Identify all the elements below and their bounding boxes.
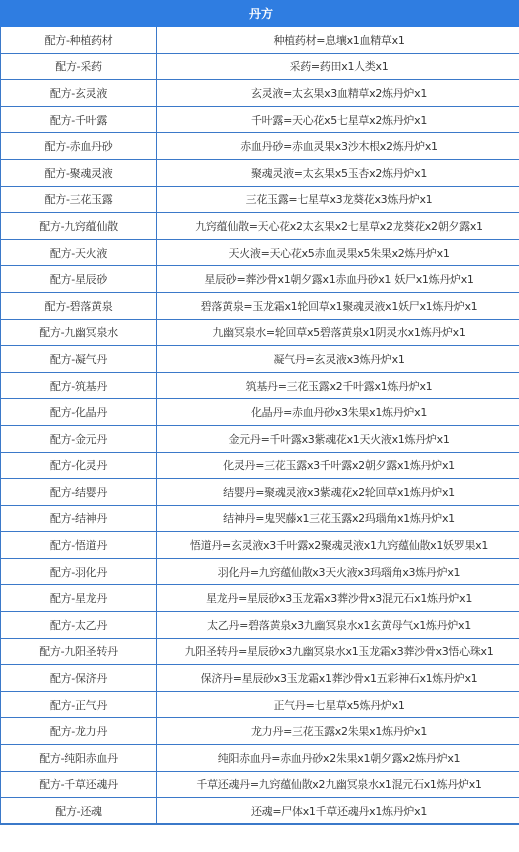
recipe-formula-cell: 纯阳赤血丹=赤血丹砂x2朱果x1朝夕露x2炼丹炉x1 bbox=[157, 745, 519, 772]
recipe-formula-cell: 千草还魂丹=九窍蕴仙散x2九幽冥泉水x1混元石x1炼丹炉x1 bbox=[157, 771, 519, 798]
recipe-name-cell: 配方-天火液 bbox=[1, 239, 157, 266]
recipe-name-cell: 配方-还魂 bbox=[1, 798, 157, 825]
recipe-formula-cell: 九幽冥泉水=轮回草x5碧落黄泉x1阴灵水x1炼丹炉x1 bbox=[157, 319, 519, 346]
recipe-name-cell: 配方-千草还魂丹 bbox=[1, 771, 157, 798]
recipe-name-cell: 配方-正气丹 bbox=[1, 691, 157, 718]
recipe-formula-cell: 天火液=天心花x5赤血灵果x5朱果x2炼丹炉x1 bbox=[157, 239, 519, 266]
table-row: 配方-九阳圣转丹九阳圣转丹=星辰砂x3九幽冥泉水x1玉龙霜x3葬沙骨x3悟心珠x… bbox=[1, 638, 519, 665]
table-row: 配方-金元丹金元丹=千叶露x3紫魂花x1天火液x1炼丹炉x1 bbox=[1, 425, 519, 452]
table-row: 配方-千叶露千叶露=天心花x5七星草x2炼丹炉x1 bbox=[1, 106, 519, 133]
table-row: 配方-玄灵液玄灵液=太玄果x3血精草x2炼丹炉x1 bbox=[1, 80, 519, 107]
table-row: 配方-星辰砂星辰砂=葬沙骨x1朝夕露x1赤血丹砂x1 妖尸x1炼丹炉x1 bbox=[1, 266, 519, 293]
table-row: 配方-龙力丹龙力丹=三花玉露x2朱果x1炼丹炉x1 bbox=[1, 718, 519, 745]
recipe-formula-cell: 保济丹=星辰砂x3玉龙霜x1葬沙骨x1五彩神石x1炼丹炉x1 bbox=[157, 665, 519, 692]
recipe-formula-cell: 化灵丹=三花玉露x3千叶露x2朝夕露x1炼丹炉x1 bbox=[157, 452, 519, 479]
recipe-name-cell: 配方-结婴丹 bbox=[1, 479, 157, 506]
table-row: 配方-结婴丹结婴丹=聚魂灵液x3紫魂花x2轮回草x1炼丹炉x1 bbox=[1, 479, 519, 506]
recipe-name-cell: 配方-化晶丹 bbox=[1, 399, 157, 426]
table-row: 配方-碧落黄泉碧落黄泉=玉龙霜x1轮回草x1聚魂灵液x1妖尸x1炼丹炉x1 bbox=[1, 292, 519, 319]
table-row: 配方-凝气丹凝气丹=玄灵液x3炼丹炉x1 bbox=[1, 346, 519, 373]
recipe-name-cell: 配方-九幽冥泉水 bbox=[1, 319, 157, 346]
recipe-name-cell: 配方-龙力丹 bbox=[1, 718, 157, 745]
table-row: 配方-太乙丹太乙丹=碧落黄泉x3九幽冥泉水x1玄黄母气x1炼丹炉x1 bbox=[1, 612, 519, 639]
recipe-formula-cell: 结神丹=鬼哭藤x1三花玉露x2玛瑙角x1炼丹炉x1 bbox=[157, 505, 519, 532]
recipe-formula-cell: 三花玉露=七星草x3龙葵花x3炼丹炉x1 bbox=[157, 186, 519, 213]
recipe-name-cell: 配方-金元丹 bbox=[1, 425, 157, 452]
recipe-formula-cell: 千叶露=天心花x5七星草x2炼丹炉x1 bbox=[157, 106, 519, 133]
recipe-name-cell: 配方-悟道丹 bbox=[1, 532, 157, 559]
table-header-row: 丹方 bbox=[1, 1, 519, 27]
recipe-table: 丹方 配方-种植药材种植药材=息壤x1血精草x1配方-采药采药=药田x1人类x1… bbox=[0, 0, 519, 825]
recipe-formula-cell: 种植药材=息壤x1血精草x1 bbox=[157, 27, 519, 54]
recipe-formula-cell: 九阳圣转丹=星辰砂x3九幽冥泉水x1玉龙霜x3葬沙骨x3悟心珠x1 bbox=[157, 638, 519, 665]
table-row: 配方-还魂还魂=尸体x1千草还魂丹x1炼丹炉x1 bbox=[1, 798, 519, 825]
recipe-formula-cell: 筑基丹=三花玉露x2千叶露x1炼丹炉x1 bbox=[157, 372, 519, 399]
recipe-name-cell: 配方-赤血丹砂 bbox=[1, 133, 157, 160]
table-row: 配方-聚魂灵液聚魂灵液=太玄果x5玉杏x2炼丹炉x1 bbox=[1, 159, 519, 186]
table-row: 配方-种植药材种植药材=息壤x1血精草x1 bbox=[1, 27, 519, 54]
recipe-formula-cell: 龙力丹=三花玉露x2朱果x1炼丹炉x1 bbox=[157, 718, 519, 745]
table-row: 配方-化灵丹化灵丹=三花玉露x3千叶露x2朝夕露x1炼丹炉x1 bbox=[1, 452, 519, 479]
recipe-name-cell: 配方-三花玉露 bbox=[1, 186, 157, 213]
recipe-formula-cell: 凝气丹=玄灵液x3炼丹炉x1 bbox=[157, 346, 519, 373]
recipe-name-cell: 配方-九阳圣转丹 bbox=[1, 638, 157, 665]
table-row: 配方-正气丹正气丹=七星草x5炼丹炉x1 bbox=[1, 691, 519, 718]
table-title: 丹方 bbox=[1, 1, 519, 27]
recipe-formula-cell: 星辰砂=葬沙骨x1朝夕露x1赤血丹砂x1 妖尸x1炼丹炉x1 bbox=[157, 266, 519, 293]
recipe-formula-cell: 赤血丹砂=赤血灵果x3沙木根x2炼丹炉x1 bbox=[157, 133, 519, 160]
recipe-name-cell: 配方-纯阳赤血丹 bbox=[1, 745, 157, 772]
recipe-formula-cell: 羽化丹=九窍蕴仙散x3天火液x3玛瑙角x3炼丹炉x1 bbox=[157, 558, 519, 585]
recipe-formula-cell: 正气丹=七星草x5炼丹炉x1 bbox=[157, 691, 519, 718]
table-row: 配方-筑基丹筑基丹=三花玉露x2千叶露x1炼丹炉x1 bbox=[1, 372, 519, 399]
recipe-name-cell: 配方-千叶露 bbox=[1, 106, 157, 133]
recipe-formula-cell: 玄灵液=太玄果x3血精草x2炼丹炉x1 bbox=[157, 80, 519, 107]
recipe-formula-cell: 九窍蕴仙散=天心花x2太玄果x2七星草x2龙葵花x2朝夕露x1 bbox=[157, 213, 519, 240]
recipe-name-cell: 配方-羽化丹 bbox=[1, 558, 157, 585]
table-row: 配方-羽化丹羽化丹=九窍蕴仙散x3天火液x3玛瑙角x3炼丹炉x1 bbox=[1, 558, 519, 585]
recipe-formula-cell: 聚魂灵液=太玄果x5玉杏x2炼丹炉x1 bbox=[157, 159, 519, 186]
table-row: 配方-纯阳赤血丹纯阳赤血丹=赤血丹砂x2朱果x1朝夕露x2炼丹炉x1 bbox=[1, 745, 519, 772]
recipe-name-cell: 配方-化灵丹 bbox=[1, 452, 157, 479]
recipe-formula-cell: 太乙丹=碧落黄泉x3九幽冥泉水x1玄黄母气x1炼丹炉x1 bbox=[157, 612, 519, 639]
table-row: 配方-九窍蕴仙散九窍蕴仙散=天心花x2太玄果x2七星草x2龙葵花x2朝夕露x1 bbox=[1, 213, 519, 240]
table-row: 配方-保济丹保济丹=星辰砂x3玉龙霜x1葬沙骨x1五彩神石x1炼丹炉x1 bbox=[1, 665, 519, 692]
recipe-formula-cell: 星龙丹=星辰砂x3玉龙霜x3葬沙骨x3混元石x1炼丹炉x1 bbox=[157, 585, 519, 612]
recipe-formula-cell: 碧落黄泉=玉龙霜x1轮回草x1聚魂灵液x1妖尸x1炼丹炉x1 bbox=[157, 292, 519, 319]
table-row: 配方-星龙丹星龙丹=星辰砂x3玉龙霜x3葬沙骨x3混元石x1炼丹炉x1 bbox=[1, 585, 519, 612]
recipe-name-cell: 配方-种植药材 bbox=[1, 27, 157, 54]
table-row: 配方-三花玉露三花玉露=七星草x3龙葵花x3炼丹炉x1 bbox=[1, 186, 519, 213]
recipe-formula-cell: 还魂=尸体x1千草还魂丹x1炼丹炉x1 bbox=[157, 798, 519, 825]
table-row: 配方-九幽冥泉水九幽冥泉水=轮回草x5碧落黄泉x1阴灵水x1炼丹炉x1 bbox=[1, 319, 519, 346]
table-row: 配方-天火液天火液=天心花x5赤血灵果x5朱果x2炼丹炉x1 bbox=[1, 239, 519, 266]
recipe-name-cell: 配方-筑基丹 bbox=[1, 372, 157, 399]
recipe-formula-cell: 金元丹=千叶露x3紫魂花x1天火液x1炼丹炉x1 bbox=[157, 425, 519, 452]
table-row: 配方-采药采药=药田x1人类x1 bbox=[1, 53, 519, 80]
table-row: 配方-化晶丹化晶丹=赤血丹砂x3朱果x1炼丹炉x1 bbox=[1, 399, 519, 426]
recipe-name-cell: 配方-九窍蕴仙散 bbox=[1, 213, 157, 240]
recipe-name-cell: 配方-星辰砂 bbox=[1, 266, 157, 293]
recipe-name-cell: 配方-采药 bbox=[1, 53, 157, 80]
table-body: 配方-种植药材种植药材=息壤x1血精草x1配方-采药采药=药田x1人类x1配方-… bbox=[1, 27, 519, 825]
recipe-name-cell: 配方-凝气丹 bbox=[1, 346, 157, 373]
recipe-name-cell: 配方-太乙丹 bbox=[1, 612, 157, 639]
recipe-name-cell: 配方-保济丹 bbox=[1, 665, 157, 692]
table-row: 配方-结神丹结神丹=鬼哭藤x1三花玉露x2玛瑙角x1炼丹炉x1 bbox=[1, 505, 519, 532]
recipe-name-cell: 配方-玄灵液 bbox=[1, 80, 157, 107]
recipe-name-cell: 配方-聚魂灵液 bbox=[1, 159, 157, 186]
recipe-formula-cell: 采药=药田x1人类x1 bbox=[157, 53, 519, 80]
table-row: 配方-千草还魂丹千草还魂丹=九窍蕴仙散x2九幽冥泉水x1混元石x1炼丹炉x1 bbox=[1, 771, 519, 798]
recipe-name-cell: 配方-碧落黄泉 bbox=[1, 292, 157, 319]
recipe-name-cell: 配方-星龙丹 bbox=[1, 585, 157, 612]
recipe-name-cell: 配方-结神丹 bbox=[1, 505, 157, 532]
recipe-formula-cell: 结婴丹=聚魂灵液x3紫魂花x2轮回草x1炼丹炉x1 bbox=[157, 479, 519, 506]
recipe-formula-cell: 化晶丹=赤血丹砂x3朱果x1炼丹炉x1 bbox=[157, 399, 519, 426]
table-row: 配方-悟道丹悟道丹=玄灵液x3千叶露x2聚魂灵液x1九窍蕴仙散x1妖罗果x1 bbox=[1, 532, 519, 559]
table-row: 配方-赤血丹砂赤血丹砂=赤血灵果x3沙木根x2炼丹炉x1 bbox=[1, 133, 519, 160]
recipe-formula-cell: 悟道丹=玄灵液x3千叶露x2聚魂灵液x1九窍蕴仙散x1妖罗果x1 bbox=[157, 532, 519, 559]
